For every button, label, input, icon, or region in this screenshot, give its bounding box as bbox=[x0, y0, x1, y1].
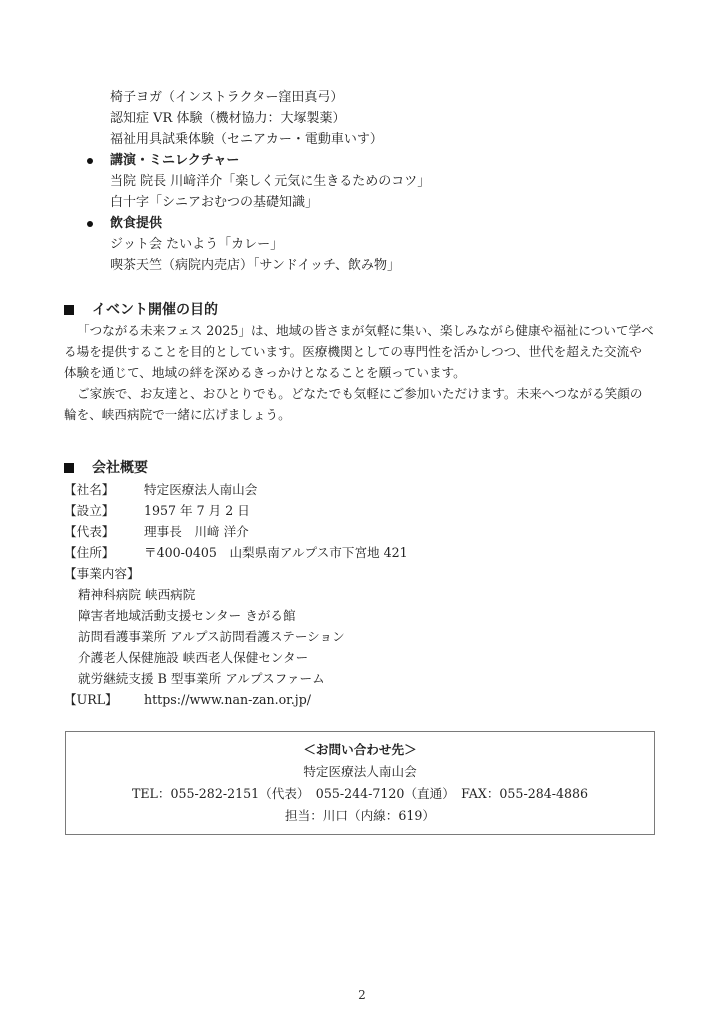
business-item: 就労継続支援 B 型事業所 アルプスファーム bbox=[78, 669, 325, 688]
business-item: 障害者地域活動支援センター きがる館 bbox=[78, 606, 296, 625]
url-link[interactable]: https://www.nan-zan.or.jp/ bbox=[144, 690, 311, 709]
address-value: 〒400-0405 山梨県南アルプス市下宮地 421 bbox=[144, 543, 408, 562]
square-bullet-icon bbox=[64, 463, 74, 473]
contact-person: 担当：川口（内線：619） bbox=[66, 806, 654, 826]
paragraph-line: 体験を通じて、地域の絆を深めるきっかけとなることを願っています。 bbox=[64, 362, 664, 383]
founded-label: 【設立】 bbox=[64, 501, 114, 520]
contact-organization: 特定医療法人南山会 bbox=[66, 762, 654, 782]
company-heading-text: 会社概要 bbox=[92, 458, 148, 478]
square-bullet-icon bbox=[64, 305, 74, 315]
contact-box: ＜お問い合わせ先＞ 特定医療法人南山会 TEL：055-282-2151（代表）… bbox=[65, 731, 655, 835]
list-item: ジット会 たいよう「カレー」 bbox=[110, 235, 283, 255]
business-item: 精神科病院 峡西病院 bbox=[78, 585, 195, 604]
representative-label: 【代表】 bbox=[64, 522, 114, 541]
list-item: 椅子ヨガ（インストラクター窪田真弓） bbox=[110, 88, 343, 108]
food-heading: 飲食提供 bbox=[110, 214, 162, 234]
paragraph-line: る場を提供することを目的としています。医療機関としての専門性を活かしつつ、世代を… bbox=[64, 341, 664, 362]
company-heading: 会社概要 bbox=[64, 458, 148, 478]
founded-value: 1957 年 7 月 2 日 bbox=[144, 501, 250, 520]
purpose-heading: イベント開催の目的 bbox=[64, 300, 218, 320]
url-label: 【URL】 bbox=[64, 690, 118, 709]
paragraph-line: 「つながる未来フェス 2025」は、地域の皆さまが気軽に集い、楽しみながら健康や… bbox=[64, 320, 664, 341]
representative-value: 理事長 川﨑 洋介 bbox=[144, 522, 249, 541]
list-item: 喫茶天竺（病院内売店）「サンドイッチ、飲み物」 bbox=[110, 256, 400, 276]
lecture-heading: 講演・ミニレクチャー bbox=[110, 151, 239, 171]
bullet-icon bbox=[87, 221, 93, 227]
purpose-paragraph: 「つながる未来フェス 2025」は、地域の皆さまが気軽に集い、楽しみながら健康や… bbox=[64, 320, 664, 425]
list-item: 当院 院長 川﨑洋介「楽しく元気に生きるためのコツ」 bbox=[110, 172, 430, 192]
list-item: 認知症 VR 体験（機材協力：大塚製薬） bbox=[110, 109, 345, 129]
bullet-icon bbox=[87, 158, 93, 164]
business-item: 介護老人保健施設 峡西老人保健センター bbox=[78, 648, 308, 667]
contact-phones: TEL：055-282-2151（代表） 055-244-7120（直通） FA… bbox=[66, 784, 654, 804]
paragraph-line: 輪を、峡西病院で一緒に広げましょう。 bbox=[64, 404, 664, 425]
page-number: 2 bbox=[0, 988, 724, 1002]
company-name-label: 【社名】 bbox=[64, 480, 114, 499]
contact-title: ＜お問い合わせ先＞ bbox=[66, 740, 654, 760]
purpose-heading-text: イベント開催の目的 bbox=[92, 300, 218, 320]
company-name-value: 特定医療法人南山会 bbox=[144, 480, 257, 499]
paragraph-line: ご家族で、お友達と、おひとりでも。どなたでも気軽にご参加いただけます。未来へつな… bbox=[64, 383, 664, 404]
list-item: 白十字「シニアおむつの基礎知識」 bbox=[110, 193, 318, 213]
business-label: 【事業内容】 bbox=[64, 564, 140, 583]
address-label: 【住所】 bbox=[64, 543, 114, 562]
list-item: 福祉用具試乗体験（セニアカー・電動車いす） bbox=[110, 130, 383, 150]
document-page: 椅子ヨガ（インストラクター窪田真弓） 認知症 VR 体験（機材協力：大塚製薬） … bbox=[0, 0, 724, 1024]
business-item: 訪問看護事業所 アルプス訪問看護ステーション bbox=[78, 627, 345, 646]
